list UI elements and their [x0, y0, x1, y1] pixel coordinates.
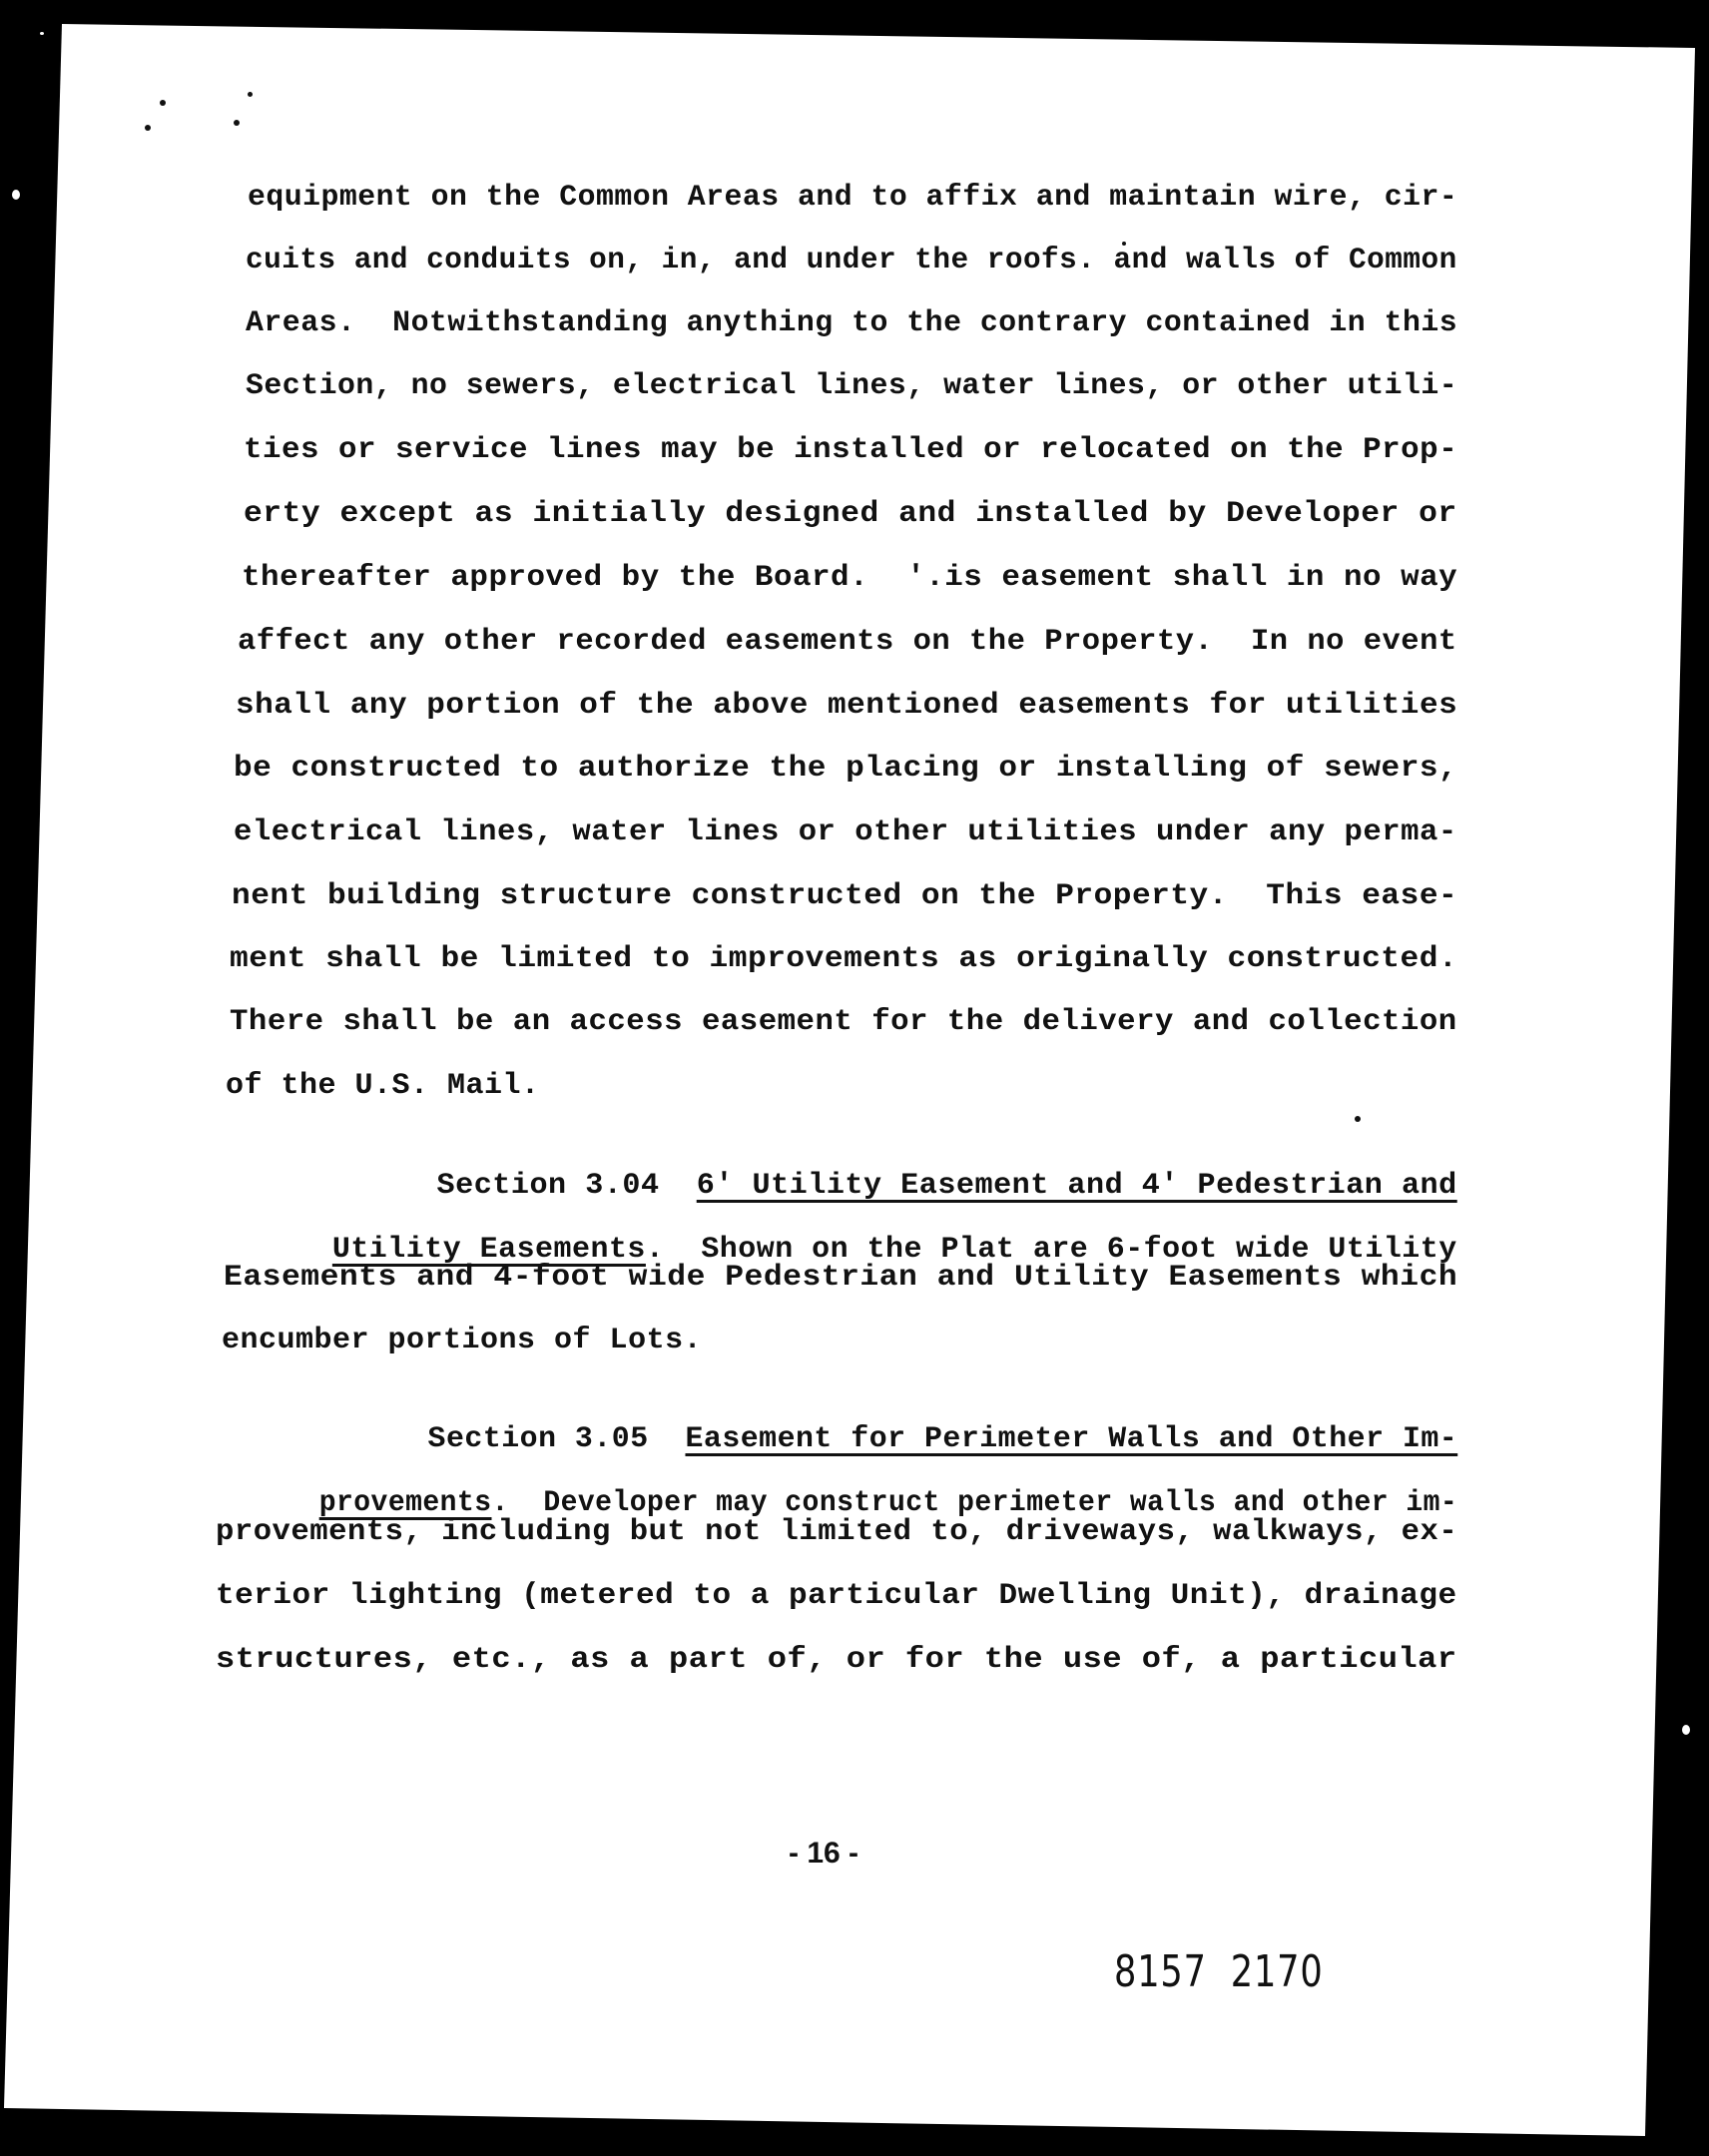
scan-artifact [12, 190, 20, 200]
text-line: There shall be an access easement for th… [230, 1004, 1457, 1040]
text-line: Easements and 4-foot wide Pedestrian and… [224, 1260, 1457, 1296]
text-line: encumber portions of Lots. [222, 1323, 702, 1358]
scanned-document: equipment on the Common Areas and to aff… [0, 0, 1709, 2156]
document-page: equipment on the Common Areas and to aff… [0, 0, 1709, 2156]
book-page-reference: 8157 2170 [1114, 1946, 1324, 1997]
text-line: ment shall be limited to improvements as… [230, 941, 1457, 977]
text-line: equipment on the Common Areas and to aff… [248, 180, 1457, 216]
text-line: affect any other recorded easements on t… [238, 624, 1457, 660]
text-line: shall any portion of the above mentioned… [236, 688, 1457, 724]
text-line: Areas. Notwithstanding anything to the c… [246, 305, 1457, 341]
scan-speck [248, 92, 253, 97]
page-number: - 16 - [789, 1837, 858, 1871]
text-line: ties or service lines may be installed o… [244, 432, 1457, 468]
scan-artifact [1682, 1725, 1690, 1735]
text-line: cuits and conduits on, in, and under the… [246, 243, 1457, 278]
scan-speck [1355, 1116, 1361, 1122]
text-line: terior lighting (metered to a particular… [216, 1578, 1457, 1614]
text-line: nent building structure constructed on t… [232, 878, 1457, 914]
text-line: structures, etc., as a part of, or for t… [216, 1642, 1457, 1678]
text-line: of the U.S. Mail. [226, 1068, 540, 1104]
scan-artifact [40, 32, 44, 35]
text-line: erty except as initially designed and in… [244, 496, 1457, 532]
text-line: thereafter approved by the Board. '.is e… [242, 560, 1457, 596]
text-line: be constructed to authorize the placing … [234, 751, 1457, 787]
scan-speck [160, 100, 166, 106]
text-line: provements, including but not limited to… [216, 1514, 1457, 1550]
scan-speck [234, 120, 240, 126]
text-line: electrical lines, water lines or other u… [234, 814, 1457, 850]
text-line: Section, no sewers, electrical lines, wa… [246, 368, 1457, 404]
scan-speck [145, 125, 151, 131]
